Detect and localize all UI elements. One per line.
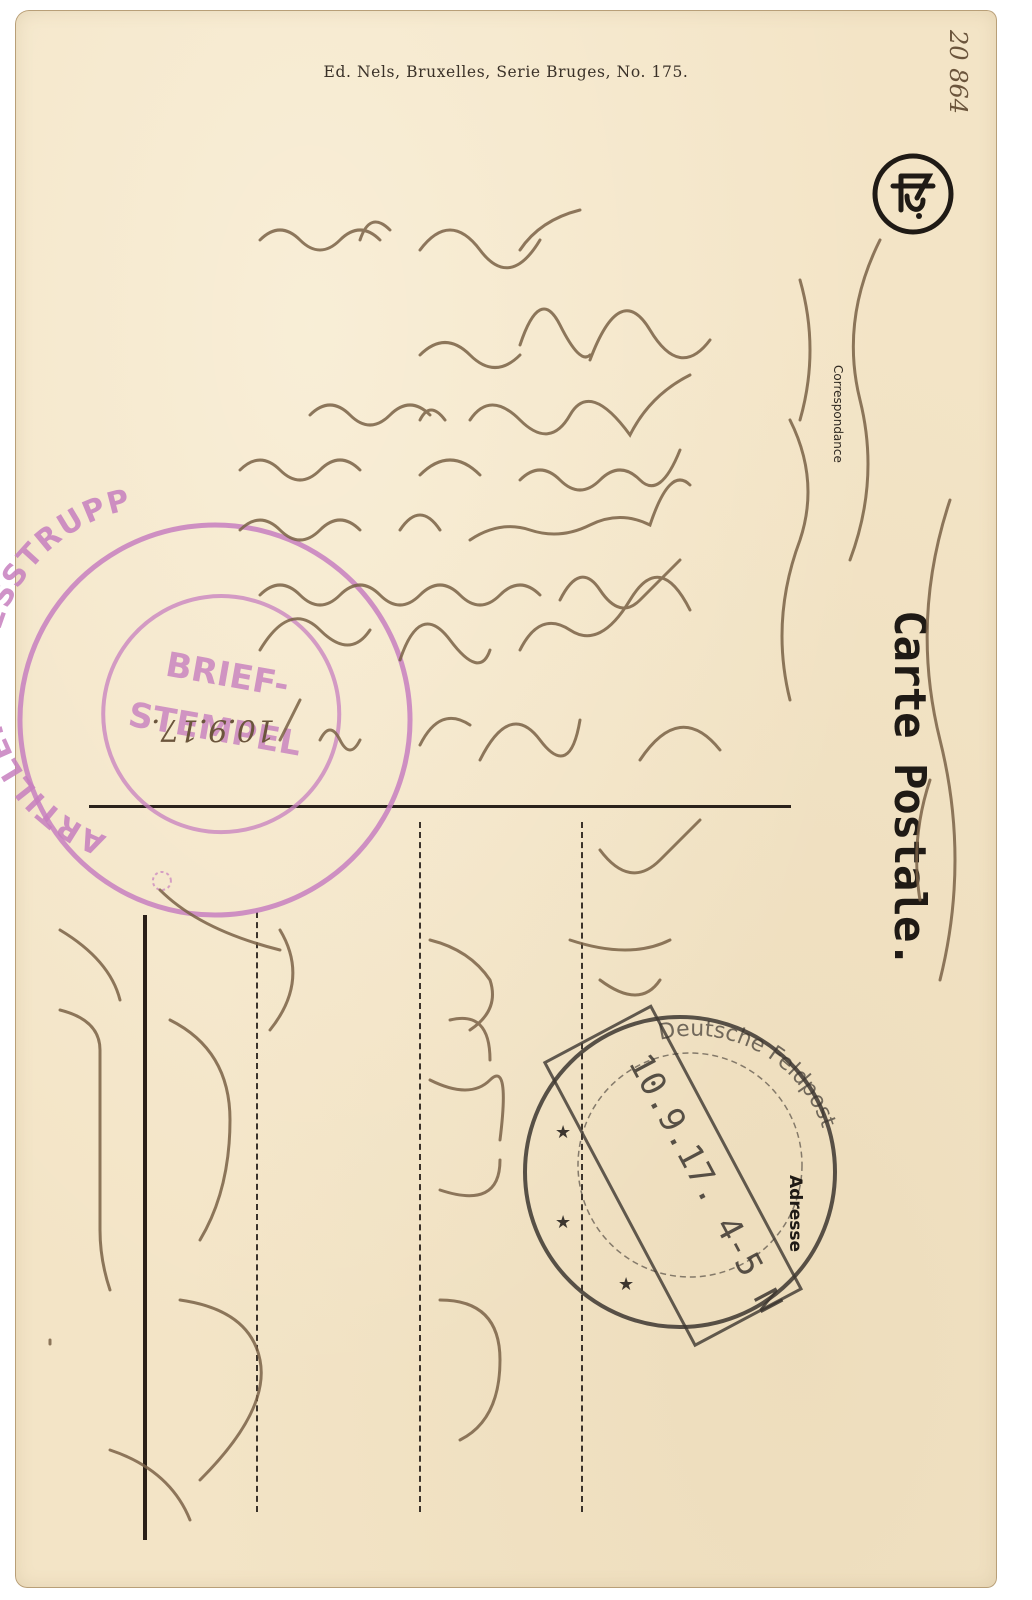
svg-text:★: ★ [555,1212,571,1233]
svg-text:★: ★ [555,1122,571,1143]
violet-stamp-outer-text: ARTILLERIE MESSTRUPP [0,482,182,876]
svg-text:ARTILLERIE MESSTRUPP: ARTILLERIE MESSTRUPP [0,482,182,876]
artillerie-messtrupp-stamp: ARTILLERIE MESSTRUPP BRIEF- STEMPEL [0,447,435,946]
stamps-and-handwriting-layer: ARTILLERIE MESSTRUPP BRIEF- STEMPEL Deut… [0,0,1032,1600]
handwritten-message [50,210,955,1520]
postmark-date: 10.9.17. 4-5 N [620,1047,790,1319]
handwritten-date: 10.9.17. [151,712,275,747]
handwritten-side-number: 20 864 [944,29,972,114]
feldpost-postmark: Deutsche Feldpost 10.9.17. 4-5 N Adresse… [525,1006,841,1345]
address-label: Adresse [785,1175,805,1252]
violet-stamp-inner-line-1: BRIEF- [163,645,292,706]
svg-text:★: ★ [618,1274,634,1295]
